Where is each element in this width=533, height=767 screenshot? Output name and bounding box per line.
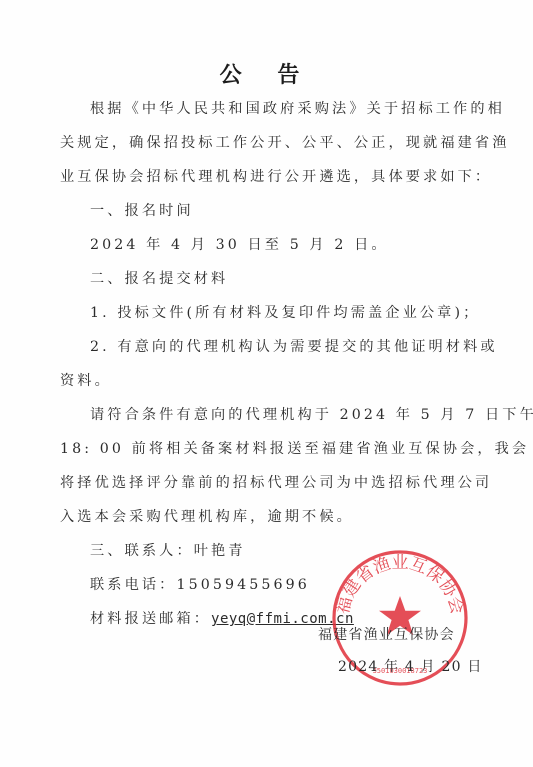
signature-date: 2024 年 4 月 20 日 <box>338 656 483 676</box>
signature-organization: 福建省渔业互保协会 <box>318 624 455 644</box>
contact-phone: 联系电话：15059455696 <box>90 574 310 594</box>
document-title: 公 告 <box>0 58 533 89</box>
deadline-line-1: 请符合条件有意向的代理机构于 2024 年 5 月 7 日下午 <box>90 404 533 424</box>
paragraph-intro-line-2: 关规定，确保招投标工作公开、公平、公正，现就福建省渔 <box>60 132 509 152</box>
section-2-heading: 二、报名提交材料 <box>90 268 228 288</box>
section-3-contact-person: 三、联系人：叶艳青 <box>90 540 246 560</box>
paragraph-intro-line-1: 根据《中华人民共和国政府采购法》关于招标工作的相 <box>90 98 505 118</box>
deadline-line-4: 入选本会采购代理机构库，逾期不候。 <box>60 506 354 526</box>
section-1-heading: 一、报名时间 <box>90 200 194 220</box>
email-label: 材料报送邮箱： <box>90 611 211 627</box>
document-page: 公 告 根据《中华人民共和国政府采购法》关于招标工作的相 关规定，确保招投标工作… <box>0 0 533 767</box>
deadline-line-3: 将择优选择评分靠前的招标代理公司为中选招标代理公司 <box>60 472 492 492</box>
section-1-dates: 2024 年 4 月 30 日至 5 月 2 日。 <box>90 234 389 254</box>
section-2-item-2-line-2: 资料。 <box>60 370 112 390</box>
section-2-item-2-line-1: 2. 有意向的代理机构认为需要提交的其他证明材料或 <box>90 336 498 356</box>
email-line: 材料报送邮箱：yeyq@ffmi.com.cn <box>90 608 354 628</box>
deadline-line-2: 18: 00 前将相关备案材料报送至福建省渔业互保协会，我会 <box>60 438 529 458</box>
section-2-item-1: 1. 投标文件(所有材料及复印件均需盖企业公章)； <box>90 302 480 322</box>
paragraph-intro-line-3: 业互保协会招标代理机构进行公开遴选，具体要求如下： <box>60 166 492 186</box>
